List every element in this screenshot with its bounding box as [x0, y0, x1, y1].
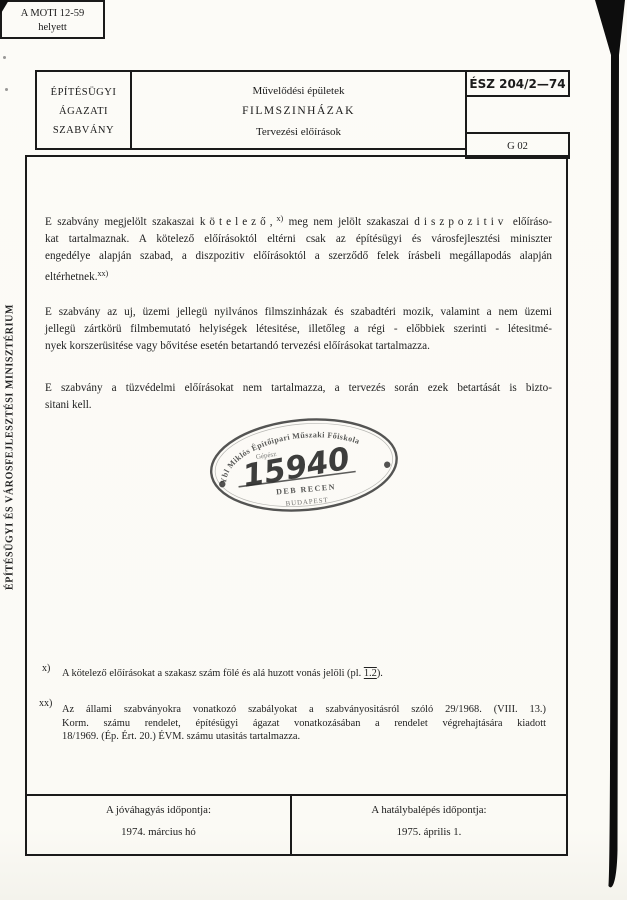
- paragraph-scope: E szabvány megjelölt szakaszai kötelező,…: [45, 210, 552, 286]
- library-stamp: Ybl Miklós Építőipari Műszaki Főiskola G…: [201, 407, 407, 526]
- scan-dot-artifact-icon: [3, 56, 6, 59]
- effective-date-label: A hatálybalépés időpontja:: [292, 803, 566, 818]
- footnote-1-text: A kötelező előírásokat a szakasz szám fö…: [62, 667, 546, 681]
- paragraph-applicability: E szabvány az uj, üzemi jellegü nyilváno…: [45, 304, 552, 355]
- header-replaces-cell: A MOTI 12-59 helyett: [0, 0, 105, 39]
- header-org-cell: ÉPÍTÉSÜGYI ÁGAZATI SZABVÁNY: [35, 70, 132, 150]
- approval-date-cell: A jóváhagyás időpontja: 1974. március hó: [27, 796, 292, 854]
- effective-date-value: 1975. április 1.: [292, 825, 566, 840]
- replaces-line-2: helyett: [2, 21, 103, 35]
- main-content-frame: E szabvány megjelölt szakaszai kötelező,…: [25, 155, 568, 856]
- approval-date-value: 1974. március hó: [27, 825, 290, 840]
- org-line-3: SZABVÁNY: [37, 121, 130, 140]
- effective-date-cell: A hatálybalépés időpontja: 1975. április…: [292, 796, 566, 854]
- side-ministry-label: ÉPÍTÉSÜGYI ÉS VÁROSFEJLESZTÉSI MINISZTÉR…: [5, 304, 16, 590]
- scan-corner-artifact-icon: [0, 0, 9, 15]
- org-line-1: ÉPÍTÉSÜGYI: [37, 83, 130, 102]
- scan-dot-artifact-icon: [5, 88, 8, 91]
- subject-line-1: Művelődési épületek: [132, 81, 465, 101]
- approval-date-label: A jóváhagyás időpontja:: [27, 803, 290, 818]
- subject-line-3: Tervezési előírások: [132, 122, 465, 143]
- footnote-2-text: Az állami szabványokra vonatkozó szabály…: [62, 703, 546, 744]
- stamp-right-dot-icon: [384, 461, 391, 468]
- replaces-line-1: A MOTI 12-59: [2, 7, 103, 21]
- approval-table: A jóváhagyás időpontja: 1974. március hó…: [27, 794, 566, 854]
- footnote-2-marker: xx): [39, 698, 52, 709]
- footnote-1-marker: x): [42, 663, 50, 674]
- org-line-2: ÁGAZATI: [37, 102, 130, 121]
- subject-line-2: FILMSZINHÁZAK: [132, 101, 465, 122]
- header-subject-cell: Művelődési épületek FILMSZINHÁZAK Tervez…: [130, 70, 467, 150]
- document-page: ÉPÍTÉSÜGYI ÉS VÁROSFEJLESZTÉSI MINISZTÉR…: [0, 0, 627, 900]
- paragraph-fire-safety: E szabvány a tüzvédelmi előírásokat nem …: [45, 380, 552, 414]
- header-standard-code-cell: ÉSZ 204/2—74: [465, 70, 570, 97]
